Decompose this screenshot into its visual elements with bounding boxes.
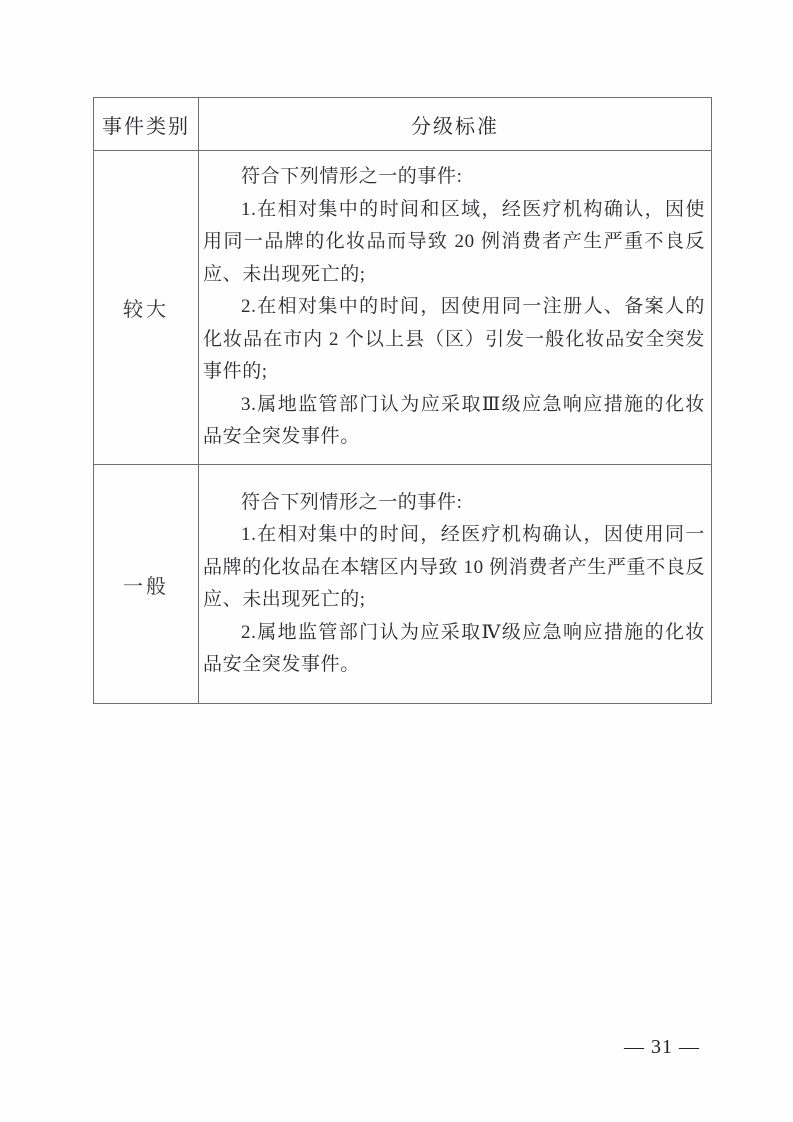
document-page: 事件类别 分级标准 较大 符合下列情形之一的事件: 1.在相对集中的时间和区域，… (0, 0, 793, 1122)
table-header-row: 事件类别 分级标准 (94, 98, 712, 151)
criteria-paragraph: 符合下列情形之一的事件: (203, 161, 705, 194)
criteria-paragraph: 2.在相对集中的时间，因使用同一注册人、备案人的化妆品在市内 2 个以上县（区）… (203, 291, 705, 389)
criteria-paragraph: 1.在相对集中的时间，经医疗机构确认，因使用同一品牌的化妆品在本辖区内导致 10… (203, 519, 705, 617)
criteria-cell-major: 符合下列情形之一的事件: 1.在相对集中的时间和区域，经医疗机构确认，因使用同一… (199, 151, 712, 465)
criteria-cell-general: 符合下列情形之一的事件: 1.在相对集中的时间，经医疗机构确认，因使用同一品牌的… (199, 465, 712, 704)
criteria-paragraph: 3.属地监管部门认为应采取Ⅲ级应急响应措施的化妆品安全突发事件。 (203, 389, 705, 454)
page-number: — 31 — (592, 1036, 732, 1059)
category-cell-general: 一般 (94, 465, 199, 704)
header-cell-grading-standard: 分级标准 (199, 98, 712, 151)
grading-table: 事件类别 分级标准 较大 符合下列情形之一的事件: 1.在相对集中的时间和区域，… (93, 97, 712, 704)
criteria-paragraph: 2.属地监管部门认为应采取Ⅳ级应急响应措施的化妆品安全突发事件。 (203, 617, 705, 682)
table-row-major: 较大 符合下列情形之一的事件: 1.在相对集中的时间和区域，经医疗机构确认，因使… (94, 151, 712, 465)
table-row-general: 一般 符合下列情形之一的事件: 1.在相对集中的时间，经医疗机构确认，因使用同一… (94, 465, 712, 704)
criteria-paragraph: 符合下列情形之一的事件: (203, 487, 705, 520)
header-cell-event-category: 事件类别 (94, 98, 199, 151)
category-cell-major: 较大 (94, 151, 199, 465)
criteria-paragraph: 1.在相对集中的时间和区域，经医疗机构确认，因使用同一品牌的化妆品而导致 20 … (203, 194, 705, 292)
